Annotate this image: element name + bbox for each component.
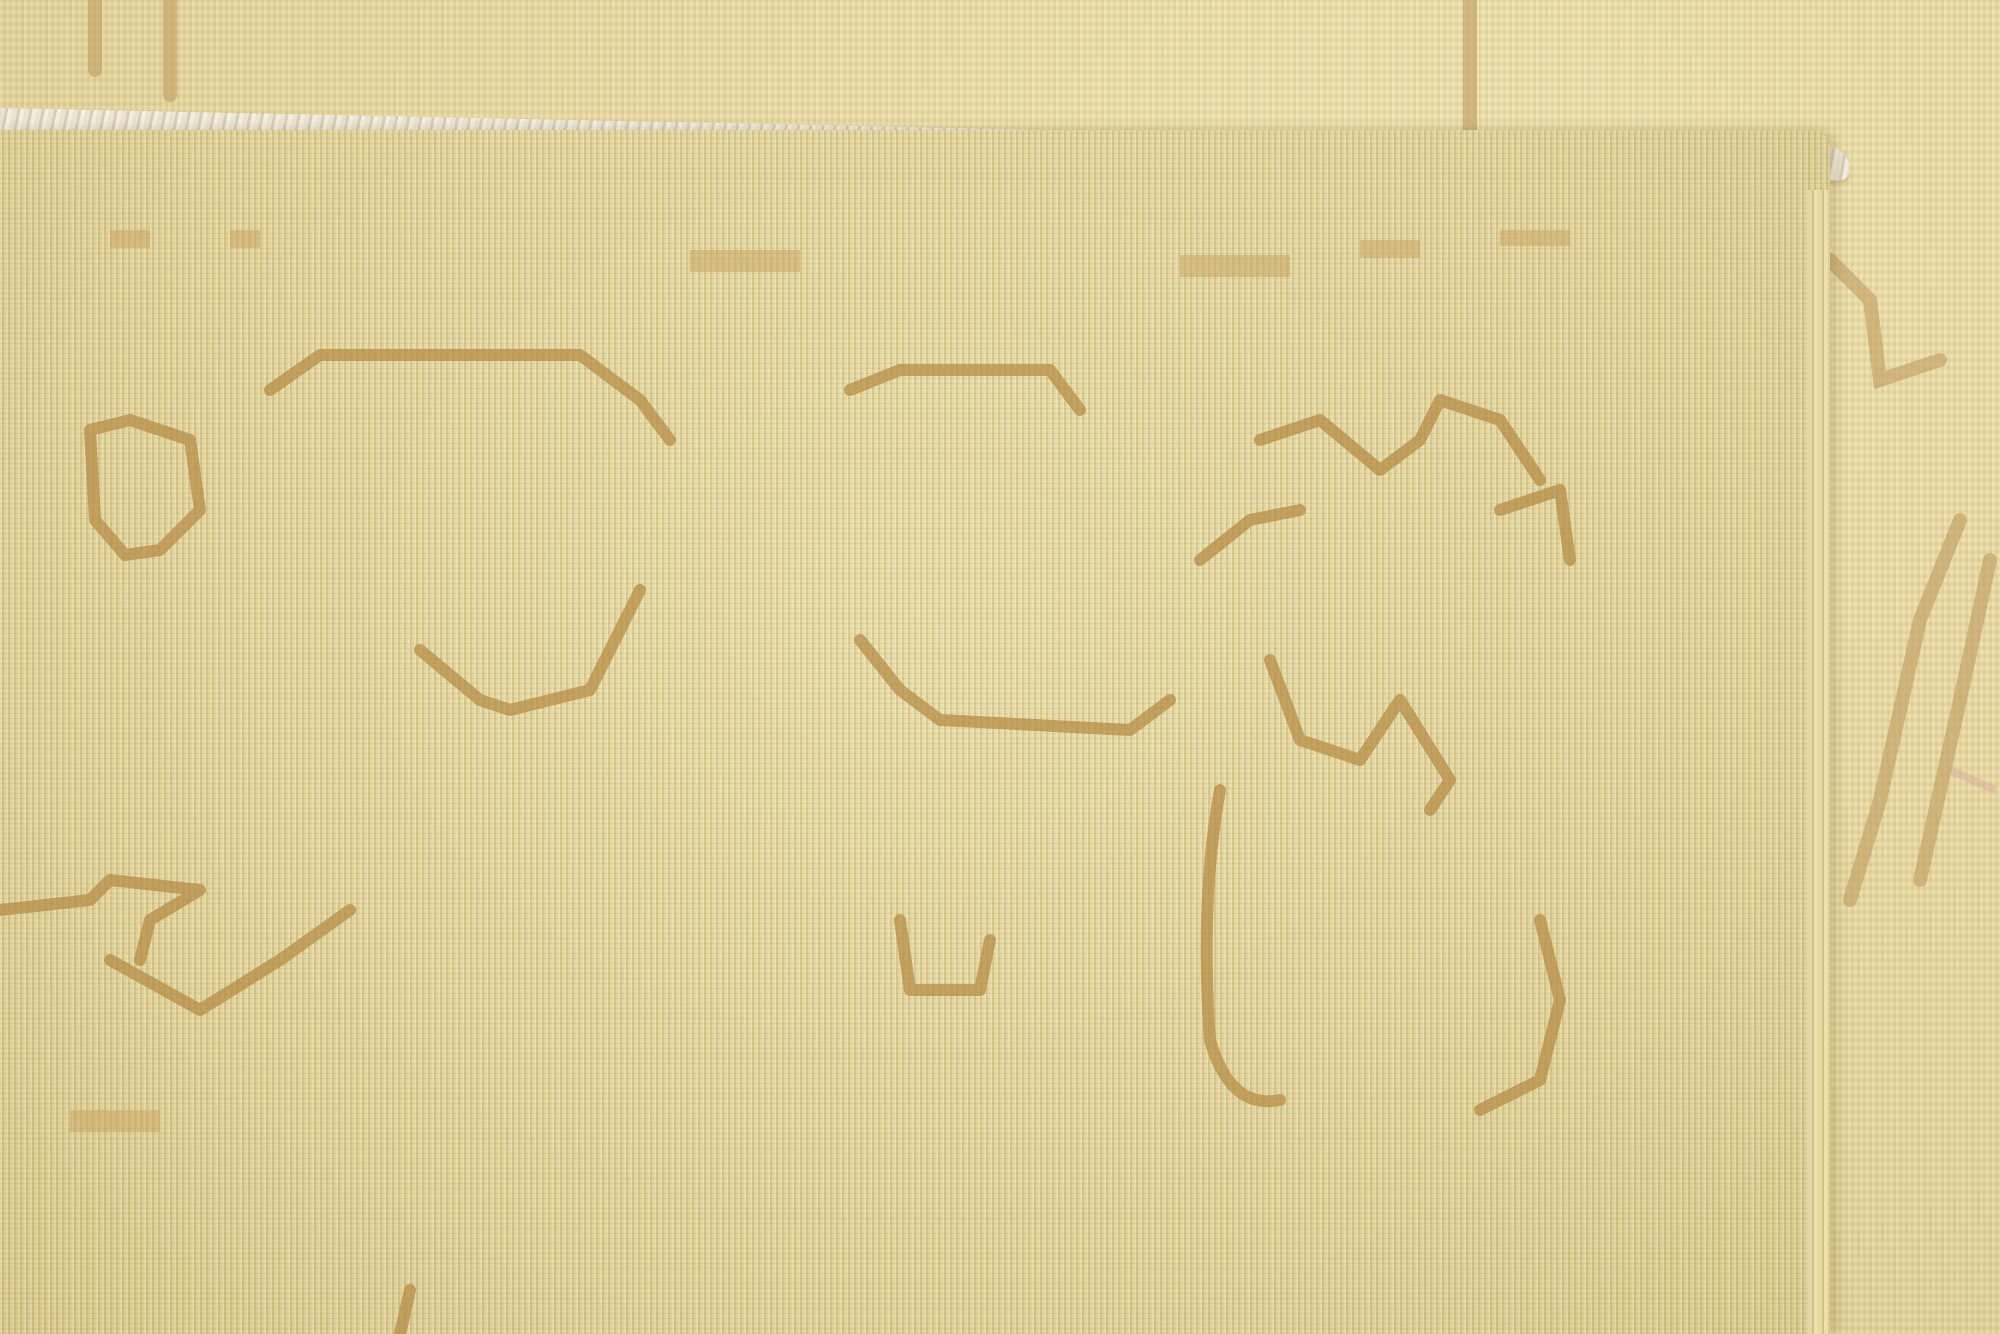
rug-photo: [0, 0, 2000, 1334]
back-weave-motif: [0, 0, 2000, 1334]
